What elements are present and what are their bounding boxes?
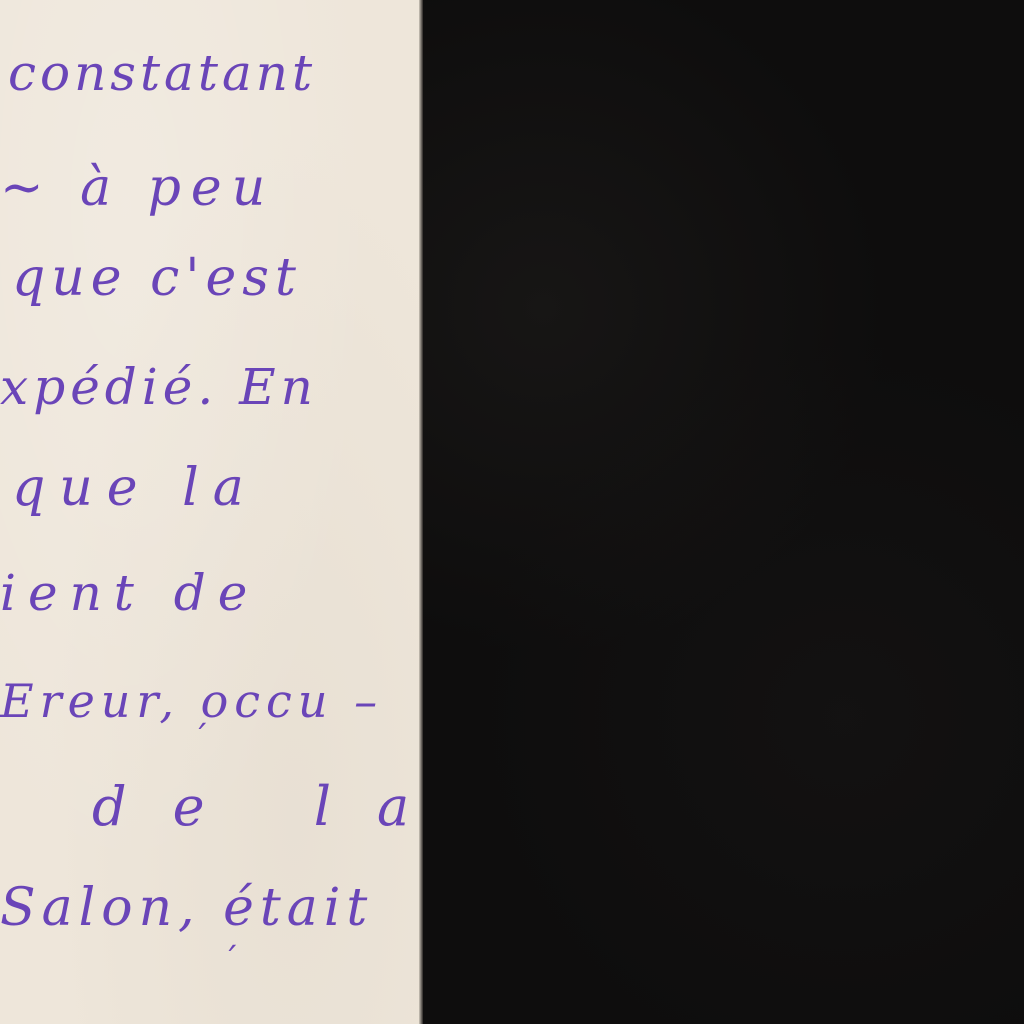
handwritten-line-5: que la — [12, 462, 258, 514]
paper-page: ´ constatant ~ à peu que c'est xpédié. E… — [0, 0, 421, 1024]
handwritten-line-8: de la — [92, 780, 421, 834]
handwritten-line-6: ient de — [0, 568, 259, 618]
accent-mark: ´ — [158, 0, 175, 26]
handwritten-line-2: ~ à peu — [0, 162, 275, 214]
accent-mark: ´ — [222, 944, 239, 978]
handwritten-line-9: Salon, était — [0, 882, 373, 934]
handwritten-line-3: que c'est — [12, 252, 302, 304]
scan-backdrop — [423, 0, 1024, 1024]
accent-mark: ´ — [192, 722, 209, 756]
handwritten-line-4: xpédié. En — [0, 362, 318, 412]
handwritten-line-1: constatant — [8, 48, 316, 98]
handwritten-line-7: Ereur, occu – — [0, 678, 383, 724]
